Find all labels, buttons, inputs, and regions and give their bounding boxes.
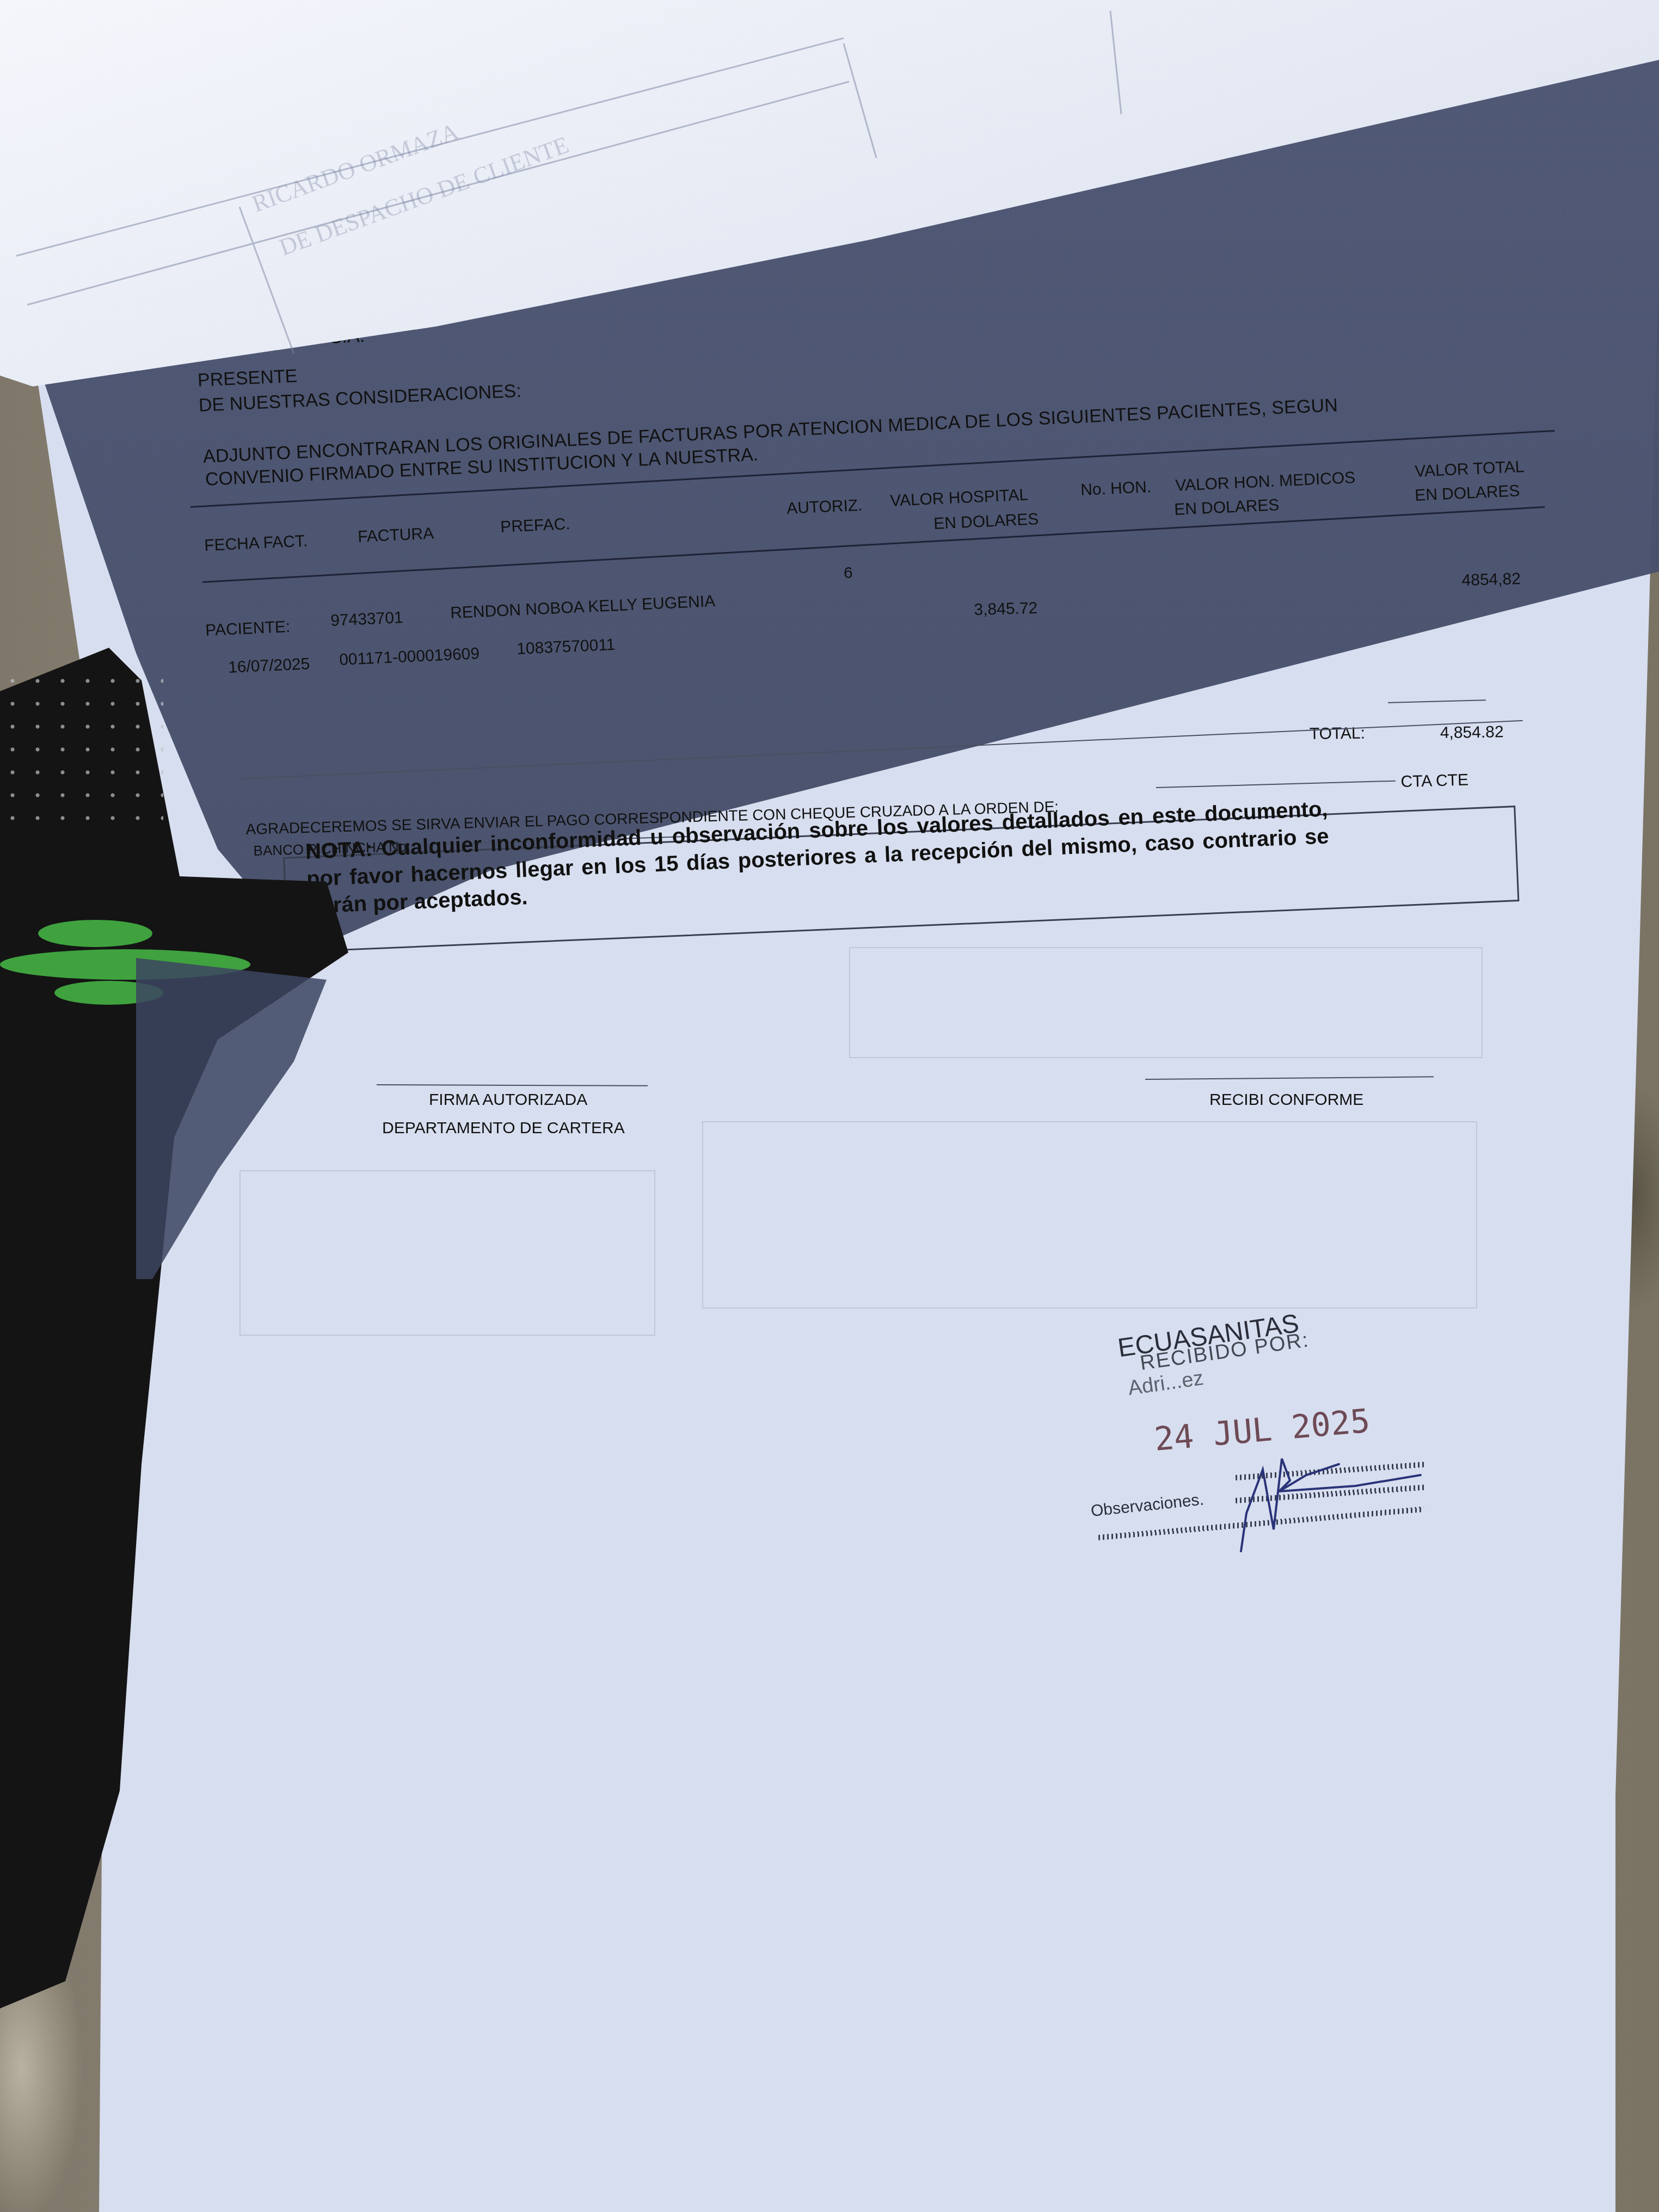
header-prefac: PREFAC. (500, 515, 570, 537)
row-fecha-fact: 16/07/2025 (228, 655, 310, 677)
total-rule (1388, 699, 1486, 703)
patient-valor-total: 4854,82 (1461, 570, 1521, 590)
row-factura: 001171-000019609 (339, 644, 480, 669)
signature-right-title: RECIBI CONFORME (1209, 1091, 1363, 1109)
glove-grip-accent (38, 920, 152, 947)
payment-rule (239, 720, 1523, 779)
header-fecha-fact: FECHA FACT. (204, 532, 308, 555)
salutation-presente: PRESENTE (197, 366, 298, 391)
glove-texture (0, 669, 163, 833)
table-header-rule-bottom (202, 506, 1545, 583)
patient-id: 97433701 (330, 609, 403, 630)
signature-left-subtitle: DEPARTAMENTO DE CARTERA (382, 1119, 625, 1138)
header-valor-total: VALOR TOTAL (1414, 458, 1525, 481)
patient-label: PACIENTE: (205, 618, 291, 640)
stamp-receiver-name: Adri...ez (1127, 1367, 1205, 1400)
signature-left-title: FIRMA AUTORIZADA (429, 1091, 587, 1109)
payee-blank-line (1156, 781, 1396, 788)
header-autoriz: AUTORIZ. (786, 496, 863, 518)
header-no-hon: No. HON. (1080, 478, 1151, 500)
header-factura: FACTURA (357, 525, 434, 546)
signature-line-right (1145, 1076, 1434, 1080)
row-valor-hospital: 3,845.72 (974, 599, 1038, 619)
stamp-observations-label: Observaciones. (1090, 1490, 1205, 1521)
header-valor-hon-unit: EN DOLARES (1173, 496, 1280, 519)
signature-line-left (377, 1084, 648, 1086)
patient-autoriz: 6 (844, 564, 853, 582)
row-prefac: 10837570011 (516, 636, 616, 659)
patient-name: RENDON NOBOA KELLY EUGENIA (450, 592, 715, 623)
header-valor-hospital-unit: EN DOLARES (933, 510, 1039, 533)
header-valor-hospital: VALOR HOSPITAL (889, 486, 1028, 511)
total-value: 4,854.82 (1440, 723, 1504, 742)
account-type: CTA CTE (1400, 771, 1468, 791)
handwritten-signature (1230, 1448, 1437, 1557)
header-valor-hon: VALOR HON. MEDICOS (1175, 469, 1355, 495)
header-valor-total-unit: EN DOLARES (1414, 482, 1520, 505)
